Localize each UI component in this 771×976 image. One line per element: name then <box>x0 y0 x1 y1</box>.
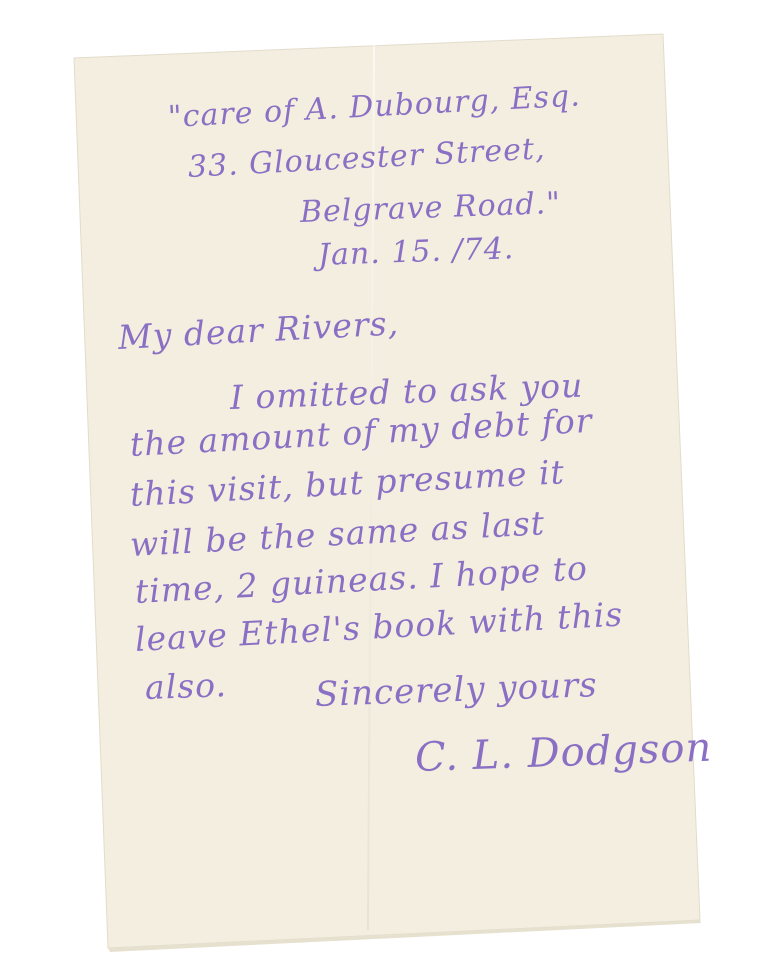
letter-sheet: "care of A. Dubourg, Esq. 33. Gloucester… <box>0 0 771 976</box>
body-line-7: also. <box>144 665 227 707</box>
letter-date: Jan. 15. /74. <box>317 231 514 273</box>
